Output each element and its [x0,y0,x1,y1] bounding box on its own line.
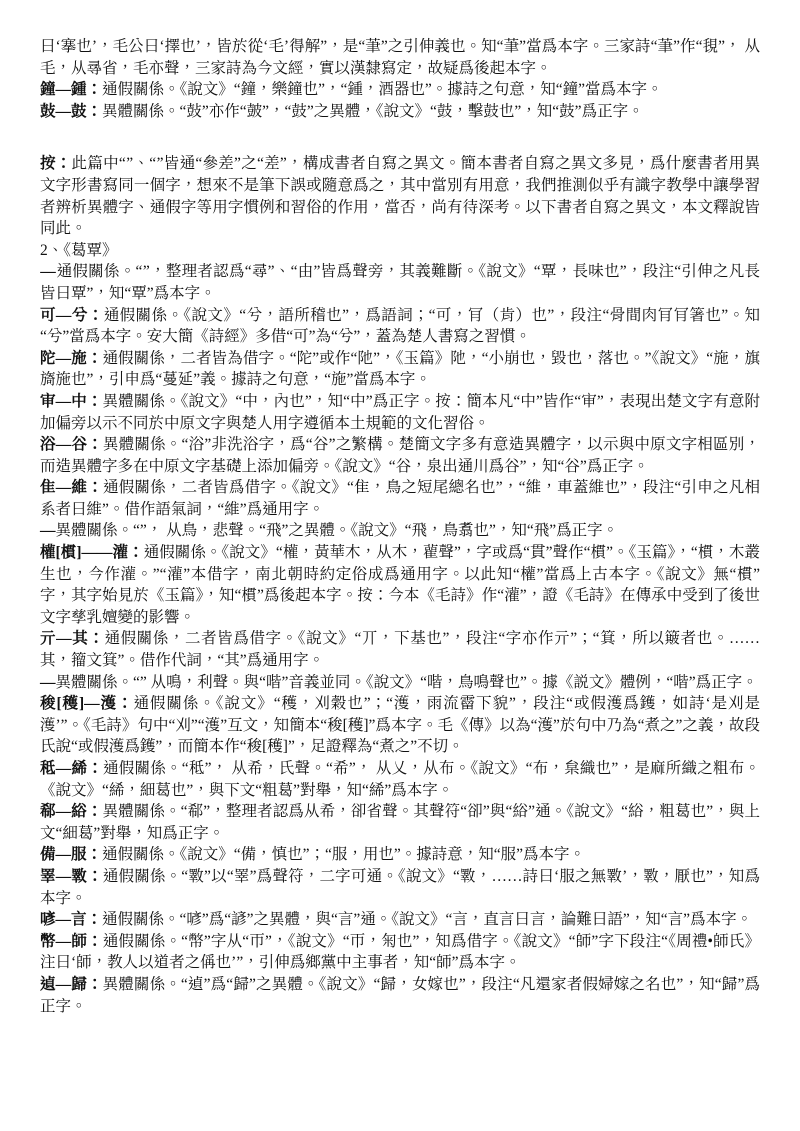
entry-body: 通假關係。《說文》“兮，語所稽也”，爲語詞；“可，肎（肯）也”，段注“骨間肉肎肎… [40,307,760,346]
entry-head: 𪁐𪁐—喈喈： [40,674,56,691]
entry-head: 隹—維： [40,479,103,496]
entry-xi-gexi: 郗—綌：異體關係。“郗”，整理者認爲从希，卻省聲。其聲符“卻”與“綌”通。《說文… [40,801,760,844]
entry-head: 喭—言： [40,911,102,928]
entry-body: 通假關係。“斁”以“睪”爲聲符，二字可通。《說文》“斁，……詩曰‘服之無斁’，斁… [40,868,760,907]
editor-note: 按：此篇中“𥯦”、“𥰠”皆通“參差”之“差”，構成書者自寫之異文。簡本書者自寫之… [40,153,760,239]
entry-head: 𩾚—飛： [40,522,56,539]
entry-head: 備—服： [40,846,102,863]
entry-ke-xi: 可—兮：通假關係。《說文》“兮，語所稽也”，爲語詞；“可，肎（肯）也”，段注“骨… [40,305,760,348]
entry-head: 𦥱—覃： [40,263,57,280]
entry-fei: 𩾚—飛：異體關係。“𩾚”， 从鳥，悲聲。“飛”之異體。《說文》“飛，鳥翥也”，知… [40,520,760,542]
entry-head: 秪—絺： [40,760,103,777]
entry-body: 通假關係。“秪”， 从希，氏聲。“希”， 从乂，从布。《說文》“布，枲織也”，是… [40,760,760,799]
entry-qi-qi: 亓—其：通假關係，二者皆爲借字。《說文》“丌，下基也”，段注“字亦作亓”；“箕，… [40,628,760,671]
entry-body: 通假關係。《說文》“鐘，樂鐘也”，“鍾，酒器也”。據詩之句意，知“鐘”當爲本字。 [102,81,663,98]
entry-body: 通假關係。《說文》“備，慎也”；“服，用也”。據詩意，知“服”爲本字。 [102,846,585,863]
entry-body: 異體關係。“浴”非洗浴字，爲“谷”之繁構。楚簡文字多有意造異體字，以示與中原文字… [40,436,760,475]
entry-tuo-shi: 陀—施：通假關係，二者皆為借字。“陀”或作“阤”，《玉篇》阤，“小崩也，毀也，落… [40,348,760,391]
entry-head: 鼔—鼓： [40,103,102,120]
entry-head: 稄[穫]—濩： [40,695,133,712]
entry-head: 郗—綌： [40,803,103,820]
entry-head: 可—兮： [40,307,104,324]
entry-body: 異體關係。《說文》“中，內也”，知“中”爲正字。按：簡本凡“中”皆作“审”，表現… [40,393,760,432]
note-body: 此篇中“𥯦”、“𥰠”皆通“參差”之“差”，構成書者自寫之異文。簡本書者自寫之異文… [40,155,760,237]
entry-head: 陀—施： [40,350,102,367]
entry-body: 異體關係。“鼔”亦作“皷”，“鼓”之異體，《說文》“鼓，擊鼓也”，知“鼓”爲正字… [102,103,644,120]
paragraph-continuation: 曰‘搴也’，毛公曰‘擇也’，皆於從‘毛’得解”，是“茟”之引伸義也。知“茟”當爲… [40,36,760,79]
entry-huo-huo: 稄[穫]—濩：通假關係。《說文》“穫，刈穀也”；“濩，雨流霤下貌”，段注“或假濩… [40,693,760,758]
document-page: 曰‘搴也’，毛公曰‘擇也’，皆於從‘毛’得解”，是“茟”之引伸義也。知“茟”當爲… [0,0,800,1017]
entry-body: 通假關係。“𦥱”，整理者認爲“尋”、“由”皆爲聲旁，其義難斷。《說文》“覃，長味… [40,263,760,302]
entry-head: 审—中： [40,393,103,410]
entry-body: 異體關係。“郗”，整理者認爲从希，卻省聲。其聲符“卻”與“綌”通。《說文》“綌，… [40,803,760,842]
entry-body: 通假關係，二者皆爲借字。《說文》“隹，鳥之短尾總名也”，“維，車蓋維也”，段注“… [40,479,760,518]
entry-head: 鐘—鍾： [40,81,102,98]
entry-zhong: 审—中：異體關係。《說文》“中，內也”，知“中”爲正字。按：簡本凡“中”皆作“审… [40,391,760,434]
entry-head: 睪—斁： [40,868,103,885]
section-title: 2、《葛覃》 [40,240,760,262]
entry-body: 通假關係。“幣”字从“帀”，《說文》“帀，匊也”，知爲借字。《說文》“師”字下段… [40,933,760,972]
entry-tan: 𦥱—覃：通假關係。“𦥱”，整理者認爲“尋”、“由”皆爲聲旁，其義難斷。《說文》“… [40,261,760,304]
entry-zhong-zhong: 鐘—鍾：通假關係。《說文》“鐘，樂鐘也”，“鍾，酒器也”。據詩之句意，知“鐘”當… [40,79,760,101]
entry-head: 遉—歸： [40,976,103,993]
entry-yan-yan: 喭—言：通假關係。“喭”爲“諺”之異體，與“言”通。《說文》“言，直言曰言，論難… [40,909,760,931]
entry-bei-fu: 備—服：通假關係。《說文》“備，慎也”；“服，用也”。據詩意，知“服”爲本字。 [40,844,760,866]
entry-head: 亓—其： [40,630,104,647]
entry-body: 通假關係，二者皆爲借字。《說文》“丌，下基也”，段注“字亦作亓”；“箕，所以簸者… [40,630,760,669]
entry-head: 浴—谷： [40,436,103,453]
entry-body: 通假關係，二者皆為借字。“陀”或作“阤”，《玉篇》阤，“小崩也，毀也，落也。”《… [40,350,760,389]
entry-body: 異體關係。“𩾚”， 从鳥，悲聲。“飛”之異體。《說文》“飛，鳥翥也”，知“飛”爲… [56,522,619,539]
entry-gui: 遉—歸：異體關係。“遉”爲“歸”之異體。《說文》“歸，女嫁也”，段注“凡還家者假… [40,974,760,1017]
entry-yu-gu: 浴—谷：異體關係。“浴”非洗浴字，爲“谷”之繁構。楚簡文字多有意造異體字，以示與… [40,434,760,477]
entry-body: 通假關係。《說文》“穫，刈穀也”；“濩，雨流霤下貌”，段注“或假濩爲鑊，如詩‘是… [40,695,760,755]
entry-head: 權[樌]——灌： [40,544,144,561]
entry-yi-du: 睪—斁：通假關係。“斁”以“睪”爲聲符，二字可通。《說文》“斁，……詩曰‘服之無… [40,866,760,909]
entry-quan-guan: 權[樌]——灌：通假關係。《說文》“權，黃華木，从木，雚聲”，字或爲“貫”聲作“… [40,542,760,628]
note-head: 按： [40,155,72,172]
entry-bi-shi: 幣—師：通假關係。“幣”字从“帀”，《說文》“帀，匊也”，知爲借字。《說文》“師… [40,931,760,974]
entry-head: 幣—師： [40,933,103,950]
entry-zhui-wei: 隹—維：通假關係，二者皆爲借字。《說文》“隹，鳥之短尾總名也”，“維，車蓋維也”… [40,477,760,520]
entry-jie-jie: 𪁐𪁐—喈喈：異體關係。“𪁐” 从鳴，利聲。與“喈”音義並同。《說文》“喈，鳥鳴聲… [40,672,760,694]
entry-body: 異體關係。“遉”爲“歸”之異體。《說文》“歸，女嫁也”，段注“凡還家者假婦嫁之名… [40,976,760,1015]
entry-body: 通假關係。《說文》“權，黃華木，从木，雚聲”，字或爲“貫”聲作“樌”。《玉篇》，… [40,544,760,626]
entry-gu-gu: 鼔—鼓：異體關係。“鼔”亦作“皷”，“鼓”之異體，《說文》“鼓，擊鼓也”，知“鼓… [40,101,760,123]
entry-chi: 秪—絺：通假關係。“秪”， 从希，氏聲。“希”， 从乂，从布。《說文》“布，枲織… [40,758,760,801]
paragraph-text: 曰‘搴也’，毛公曰‘擇也’，皆於從‘毛’得解”，是“茟”之引伸義也。知“茟”當爲… [40,38,760,77]
entry-body: 異體關係。“𪁐” 从鳴，利聲。與“喈”音義並同。《說文》“喈，鳥鳴聲也”。據《説… [56,674,758,691]
entry-body: 通假關係。“喭”爲“諺”之異體，與“言”通。《說文》“言，直言曰言，論難曰語”，… [102,911,752,928]
